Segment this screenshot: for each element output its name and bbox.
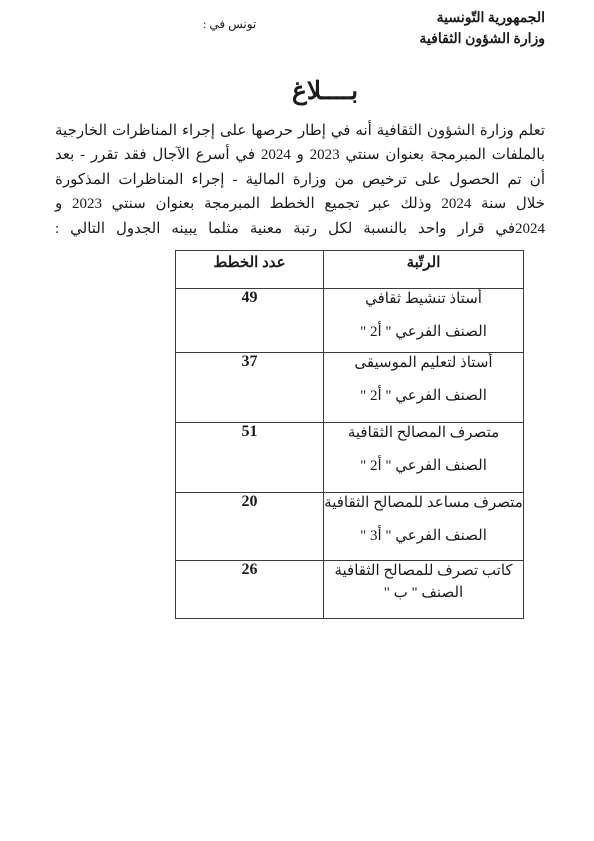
rank-title: أستاذ تنشيط ثقافي <box>324 289 523 310</box>
ministry-name: وزارة الشؤون الثقافية <box>419 29 545 50</box>
rank-cell: متصرف مساعد للمصالح الثقافية الصنف الفرع… <box>324 493 524 561</box>
posts-table: الرتّبة عدد الخطط أستاذ تنشيط ثقافي الصن… <box>175 250 524 619</box>
rank-cell: كاتب تصرف للمصالح الثقافية الصنف " ب " <box>324 561 524 619</box>
rank-cell: متصرف المصالح الثقافية الصنف الفرعي " أ2… <box>324 423 524 493</box>
table-row: متصرف مساعد للمصالح الثقافية الصنف الفرع… <box>176 493 524 561</box>
rank-subclass: الصنف الفرعي " أ2 " <box>324 456 523 477</box>
rank-title: كاتب تصرف للمصالح الثقافية <box>324 561 523 582</box>
rank-title: متصرف مساعد للمصالح الثقافية <box>324 493 523 514</box>
body-paragraph-line: بالملفات المبرمجة بعنوان سنتي 2023 و 202… <box>55 143 545 167</box>
count-column-header: عدد الخطط <box>176 251 324 289</box>
document-page: الجمهورية التّونسية وزارة الشؤون الثقافي… <box>0 0 594 841</box>
table-row: أستاذ تنشيط ثقافي الصنف الفرعي " أ2 " 49 <box>176 289 524 353</box>
republic-name: الجمهورية التّونسية <box>419 8 545 29</box>
body-paragraph-line: تعلم وزارة الشؤون الثقافية أنه في إطار ح… <box>55 119 545 143</box>
date-line: تونس في : <box>203 17 256 32</box>
body-paragraph: تعلم وزارة الشؤون الثقافية أنه في إطار ح… <box>55 119 545 241</box>
table-header-row: الرتّبة عدد الخطط <box>176 251 524 289</box>
body-paragraph-line: أن تم الحصول على ترخيص من وزارة المالية … <box>55 168 545 192</box>
count-cell: 26 <box>176 561 324 619</box>
document-title: بــــلاغ <box>56 76 594 106</box>
letterhead: الجمهورية التّونسية وزارة الشؤون الثقافي… <box>419 8 545 50</box>
table-row: كاتب تصرف للمصالح الثقافية الصنف " ب " 2… <box>176 561 524 619</box>
body-paragraph-line: 2024في قرار واحد بالنسبة لكل رتبة معنية … <box>55 217 545 241</box>
rank-cell: أستاذ لتعليم الموسيقى الصنف الفرعي " أ2 … <box>324 353 524 423</box>
rank-title: أستاذ لتعليم الموسيقى <box>324 353 523 374</box>
rank-subclass: الصنف الفرعي " أ3 " <box>324 526 523 547</box>
count-cell: 20 <box>176 493 324 561</box>
rank-subclass: الصنف الفرعي " أ2 " <box>324 386 523 407</box>
rank-subclass: الصنف " ب " <box>324 583 523 604</box>
body-paragraph-line: خلال سنة 2024 وذلك عبر تجميع الخطط المبر… <box>55 192 545 216</box>
table-row: متصرف المصالح الثقافية الصنف الفرعي " أ2… <box>176 423 524 493</box>
rank-subclass: الصنف الفرعي " أ2 " <box>324 322 523 343</box>
rank-title: متصرف المصالح الثقافية <box>324 423 523 444</box>
count-cell: 49 <box>176 289 324 353</box>
count-cell: 37 <box>176 353 324 423</box>
rank-column-header: الرتّبة <box>324 251 524 289</box>
count-cell: 51 <box>176 423 324 493</box>
rank-cell: أستاذ تنشيط ثقافي الصنف الفرعي " أ2 " <box>324 289 524 353</box>
table-row: أستاذ لتعليم الموسيقى الصنف الفرعي " أ2 … <box>176 353 524 423</box>
